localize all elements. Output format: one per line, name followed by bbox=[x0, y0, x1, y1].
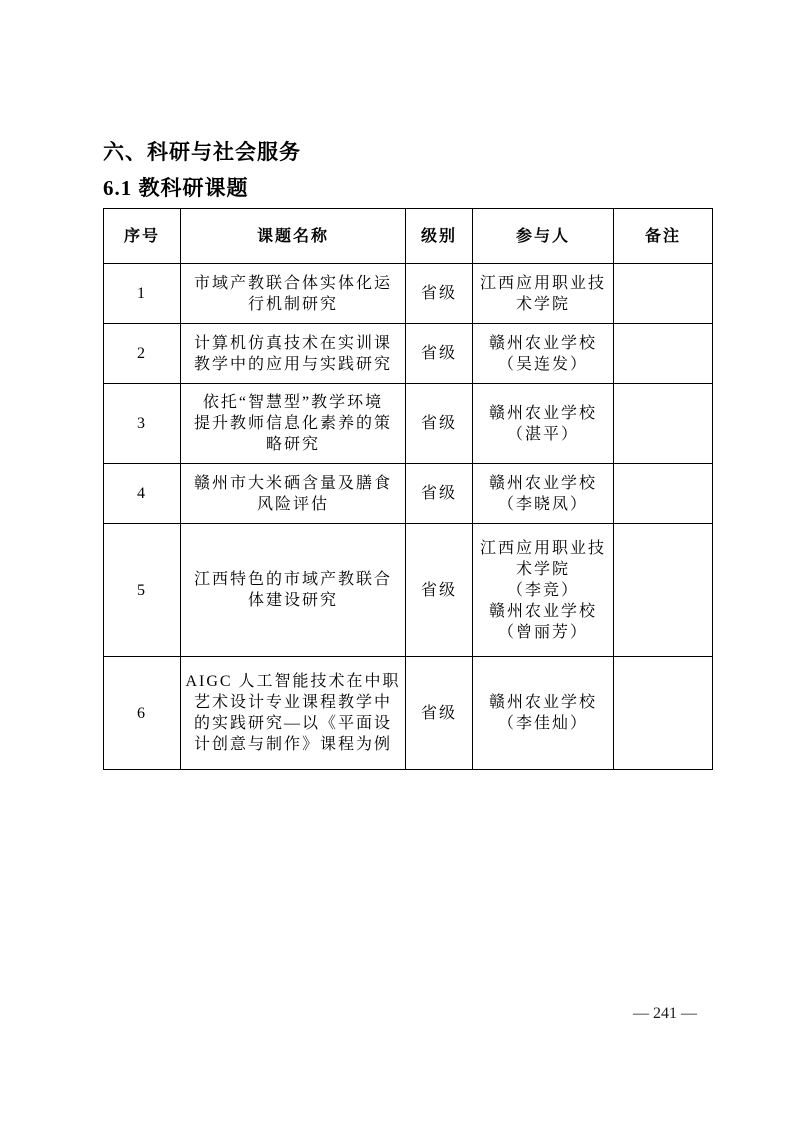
serial-number-cell: 4 bbox=[104, 464, 181, 524]
remark-cell bbox=[614, 524, 713, 657]
header-remark: 备注 bbox=[614, 209, 713, 264]
table-row: 6 AIGC 人工智能技术在中职 艺术设计专业课程教学中 的实践研究—以《平面设… bbox=[104, 657, 713, 770]
level-cell: 省级 bbox=[406, 524, 473, 657]
remark-cell bbox=[614, 657, 713, 770]
table-row: 1 市域产教联合体实体化运 行机制研究 省级 江西应用职业技 术学院 bbox=[104, 264, 713, 324]
table-row: 3 依托“智慧型”教学环境 提升教师信息化素养的策 略研究 省级 赣州农业学校 … bbox=[104, 384, 713, 464]
remark-cell bbox=[614, 384, 713, 464]
participants-cell: 赣州农业学校 （李晓凤） bbox=[473, 464, 614, 524]
topic-cell: 江西特色的市域产教联合 体建设研究 bbox=[181, 524, 406, 657]
header-participants: 参与人 bbox=[473, 209, 614, 264]
serial-number-cell: 6 bbox=[104, 657, 181, 770]
serial-number-cell: 1 bbox=[104, 264, 181, 324]
participants-cell: 赣州农业学校 （湛平） bbox=[473, 384, 614, 464]
topic-cell: 计算机仿真技术在实训课 教学中的应用与实践研究 bbox=[181, 324, 406, 384]
remark-cell bbox=[614, 324, 713, 384]
serial-number-cell: 5 bbox=[104, 524, 181, 657]
serial-number-cell: 3 bbox=[104, 384, 181, 464]
table-header-row: 序号 课题名称 级别 参与人 备注 bbox=[104, 209, 713, 264]
header-serial-number: 序号 bbox=[104, 209, 181, 264]
table-row: 5 江西特色的市域产教联合 体建设研究 省级 江西应用职业技 术学院 （李竞） … bbox=[104, 524, 713, 657]
participants-cell: 赣州农业学校 （李佳灿） bbox=[473, 657, 614, 770]
participants-cell: 赣州农业学校 （吴连发） bbox=[473, 324, 614, 384]
subsection-title: 6.1 教科研课题 bbox=[103, 172, 249, 202]
remark-cell bbox=[614, 464, 713, 524]
table-row: 2 计算机仿真技术在实训课 教学中的应用与实践研究 省级 赣州农业学校 （吴连发… bbox=[104, 324, 713, 384]
section-title: 六、科研与社会服务 bbox=[103, 136, 301, 166]
table-row: 4 赣州市大米硒含量及膳食 风险评估 省级 赣州农业学校 （李晓凤） bbox=[104, 464, 713, 524]
topic-cell: AIGC 人工智能技术在中职 艺术设计专业课程教学中 的实践研究—以《平面设 计… bbox=[181, 657, 406, 770]
document-page: 六、科研与社会服务 6.1 教科研课题 序号 课题名称 级别 参与人 备注 1 … bbox=[0, 0, 794, 1123]
participants-cell: 江西应用职业技 术学院 （李竞） 赣州农业学校 （曾丽芳） bbox=[473, 524, 614, 657]
participants-cell: 江西应用职业技 术学院 bbox=[473, 264, 614, 324]
level-cell: 省级 bbox=[406, 324, 473, 384]
level-cell: 省级 bbox=[406, 264, 473, 324]
level-cell: 省级 bbox=[406, 657, 473, 770]
research-topics-table: 序号 课题名称 级别 参与人 备注 1 市域产教联合体实体化运 行机制研究 省级… bbox=[103, 208, 713, 770]
remark-cell bbox=[614, 264, 713, 324]
page-number: — 241 — bbox=[0, 1005, 697, 1023]
header-level: 级别 bbox=[406, 209, 473, 264]
topic-cell: 赣州市大米硒含量及膳食 风险评估 bbox=[181, 464, 406, 524]
header-topic-name: 课题名称 bbox=[181, 209, 406, 264]
topic-cell: 依托“智慧型”教学环境 提升教师信息化素养的策 略研究 bbox=[181, 384, 406, 464]
level-cell: 省级 bbox=[406, 384, 473, 464]
topic-cell: 市域产教联合体实体化运 行机制研究 bbox=[181, 264, 406, 324]
level-cell: 省级 bbox=[406, 464, 473, 524]
serial-number-cell: 2 bbox=[104, 324, 181, 384]
